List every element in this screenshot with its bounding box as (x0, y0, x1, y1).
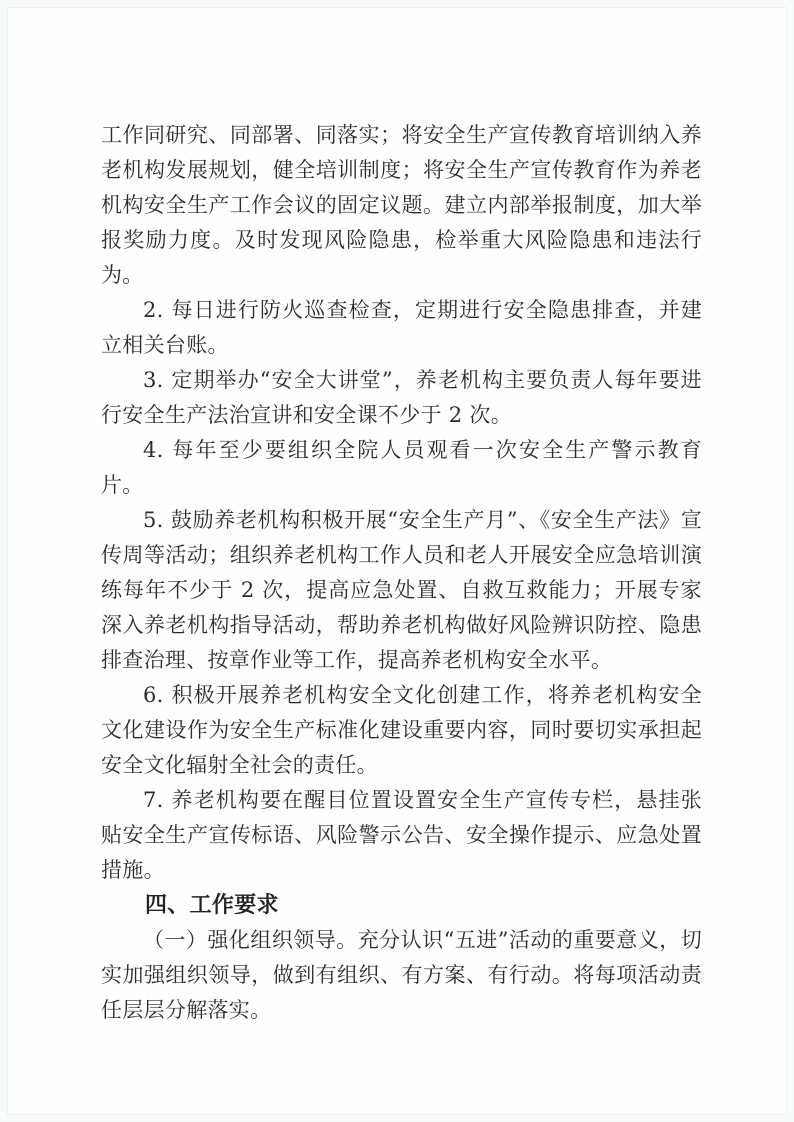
paragraph-item-3: 3. 定期举办“安全大讲堂”，养老机构主要负责人每年要进行安全生产法治宣讲和安全… (101, 363, 702, 433)
paragraph-item-7: 7. 养老机构要在醒目位置设置安全生产宣传专栏，悬挂张贴安全生产宣传标语、风险警… (101, 783, 702, 888)
paragraph-continuation: 工作同研究、同部署、同落实；将安全生产宣传教育培训纳入养老机构发展规划，健全培训… (101, 118, 702, 293)
document-page: 工作同研究、同部署、同落实；将安全生产宣传教育培训纳入养老机构发展规划，健全培训… (7, 7, 787, 1115)
paragraph-item-4: 4. 每年至少要组织全院人员观看一次安全生产警示教育片。 (101, 433, 702, 503)
paragraph-item-6: 6. 积极开展养老机构安全文化创建工作，将养老机构安全文化建设作为安全生产标准化… (101, 678, 702, 783)
section-heading-work-requirements: 四、工作要求 (101, 888, 702, 923)
paragraph-item-5: 5. 鼓励养老机构积极开展“安全生产月”、《安全生产法》宣传周等活动；组织养老机… (101, 503, 702, 678)
paragraph-item-2: 2. 每日进行防火巡查检查，定期进行安全隐患排查，并建立相关台账。 (101, 293, 702, 363)
document-body: 工作同研究、同部署、同落实；将安全生产宣传教育培训纳入养老机构发展规划，健全培训… (101, 118, 702, 1028)
paragraph-org-leadership: （一）强化组织领导。充分认识“五进”活动的重要意义，切实加强组织领导，做到有组织… (101, 923, 702, 1028)
